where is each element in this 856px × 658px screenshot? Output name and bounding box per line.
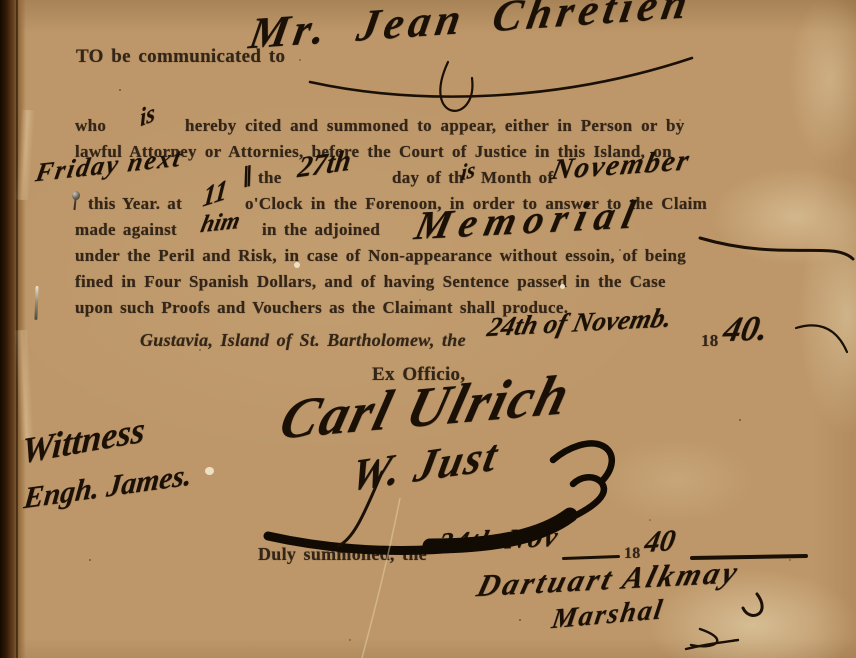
paper-hole [560,284,565,289]
memorial-tail-flourish [700,238,853,259]
marshal-title-flourish [686,629,738,649]
paper-hole [205,467,214,475]
ink-flourishes [0,0,856,658]
signature-curl [553,443,612,522]
signature-descender [338,472,382,546]
signature-swash-heavy [430,515,570,546]
name-underline-flourish [310,58,692,97]
scanned-summons-document: TO be communicated to Mr. Jean Chrétien … [0,0,856,658]
paper-hole [294,262,300,268]
year-tail-flourish [796,325,847,352]
name-loop-flourish [440,62,472,111]
paper-scratch [362,498,400,658]
marshal-descender [743,594,762,615]
